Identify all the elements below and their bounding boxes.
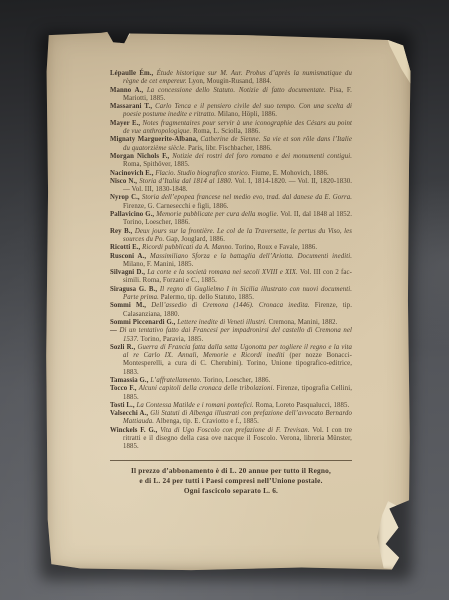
bibliography-entry: Sommi Piccenardi G., Lettere inedite di …	[110, 319, 352, 327]
entry-title: La corte e la società romana nei secoli …	[147, 269, 300, 276]
entry-title: Storia d’Italia dal 1814 al 1880.	[139, 178, 234, 185]
entry-imprint: Torino, Paravia, 1885.	[141, 336, 204, 343]
entry-author: Rusconi A.,	[110, 253, 150, 260]
entry-imprint: Firenze, G. Carnesecchi e figli, 1886.	[123, 203, 229, 210]
entry-title: Deux jours sur la frontière. Le col de l…	[123, 228, 352, 243]
entry-author: Nisco N.,	[110, 178, 139, 185]
bibliography-entry: Morgan Nichols F., Notizie dei rostri de…	[110, 153, 352, 170]
bibliography-list: Lépaulle Ém., Étude historique sur M. Au…	[110, 70, 352, 452]
entry-imprint: Milano, F. Manini, 1885.	[123, 261, 193, 268]
bibliography-entry: Nyrop C., Storia dell’epopea francese ne…	[110, 194, 352, 211]
entry-author: Sommi Piccenardi G.,	[110, 319, 177, 326]
entry-author: Rey B.,	[110, 228, 135, 235]
entry-author: Nyrop C.,	[110, 194, 142, 201]
bibliography-entry: Pallavicino G., Memorie pubblicate per c…	[110, 211, 352, 228]
bibliography-entry: — Di un tentativo fatto dai Francesi per…	[110, 327, 352, 344]
bibliography-entry: Rusconi A., Massimiliano Sforza e la bat…	[110, 253, 352, 270]
entry-imprint: Palermo, tip. dello Statuto, 1885.	[161, 294, 254, 301]
bibliography-entry: Ricotti E., Ricordi pubblicati da A. Man…	[110, 244, 352, 252]
entry-author: Massarani T.,	[110, 103, 155, 110]
bibliography-entry: Winckels F. G., Vita di Ugo Foscolo con …	[110, 427, 352, 452]
entry-author: Sozli R.,	[110, 344, 137, 351]
entry-author: Valsecchi A.,	[110, 410, 150, 417]
bibliography-entry: Tocco F., Alcuni capitoli della cronaca …	[110, 385, 352, 402]
entry-author: Siragusa G. B.,	[110, 286, 160, 293]
entry-title: Massimiliano Sforza e la battaglia dell’…	[150, 253, 352, 260]
entry-imprint: Milano, Höpli, 1886.	[218, 111, 277, 118]
entry-author: Nacinovich E.,	[110, 170, 155, 177]
bibliography-entry: Tosti L., La Contessa Matilde e i romani…	[110, 402, 352, 410]
entry-imprint: Cremona, Manini, 1882.	[269, 319, 338, 326]
entry-author: Tamassia G.,	[110, 377, 150, 384]
entry-title: La Contessa Matilde e i romani pontefici…	[136, 402, 255, 409]
entry-imprint: Lyon, Mougin-Rusand, 1884.	[189, 78, 272, 85]
subscription-notice: Il prezzo d’abbonamento è di L. 20 annue…	[110, 466, 352, 495]
entry-title: Notizie dei rostri del foro romano e dei…	[172, 153, 352, 160]
entry-author: Tocco F.,	[110, 385, 139, 392]
entry-author: Sommi M.,	[110, 302, 151, 309]
bibliography-entry: Massarani T., Carlo Tenca e il pensiero …	[110, 103, 352, 120]
entry-imprint: Albenga, tip. E. Craviotto e f., 1885.	[156, 418, 259, 425]
entry-title: La concessione dello Statuto. Notizie di…	[147, 87, 330, 94]
entry-title: Memorie pubblicate per cura della moglie…	[156, 211, 280, 218]
bibliography-entry: Lépaulle Ém., Étude historique sur M. Au…	[110, 70, 352, 87]
entry-author: Morgan Nichols F.,	[110, 153, 172, 160]
entry-title: L’affratellamento.	[150, 377, 203, 384]
entry-author: Mayer E.,	[110, 120, 143, 127]
notice-line-2: e di L. 24 per tutti i Paesi compresi ne…	[110, 476, 352, 486]
photo-background: Lépaulle Ém., Étude historique sur M. Au…	[0, 0, 449, 600]
entry-author: Ricotti E.,	[110, 244, 142, 251]
entry-title: Lettere inedite di Veneti illustri.	[177, 319, 268, 326]
entry-imprint: Fiume, E. Mohovich, 1886.	[251, 170, 328, 177]
entry-title: Dell’assedio di Cremona (1446). Cronaca …	[151, 302, 315, 309]
entry-title: Vita di Ugo Foscolo con prefazione di F.…	[160, 427, 312, 434]
notice-line-1: Il prezzo d’abbonamento è di L. 20 annue…	[110, 466, 352, 476]
entry-imprint: Paris, libr. Fischbacher, 1886.	[188, 145, 272, 152]
entry-author: Mignaty Marguerite-Albana,	[110, 136, 200, 143]
bibliography-entry: Sommi M., Dell’assedio di Cremona (1446)…	[110, 302, 352, 319]
divider-rule	[110, 460, 352, 461]
entry-imprint: Torino, Roux e Favale, 1886.	[235, 244, 317, 251]
entry-author: Lépaulle Ém.,	[110, 70, 157, 77]
bibliography-entry: Mayer E., Notes fragmentaires pour servi…	[110, 120, 352, 137]
notice-line-3: Ogni fascicolo separato L. 6.	[110, 486, 352, 496]
entry-author: Pallavicino G.,	[110, 211, 156, 218]
entry-title: Flacio. Studio biografico storico.	[155, 170, 251, 177]
bibliography-entry: Rey B., Deux jours sur la frontière. Le …	[110, 228, 352, 245]
bibliography-entry: Nisco N., Storia d’Italia dal 1814 al 18…	[110, 178, 352, 195]
entry-title: Alcuni capitoli della cronaca delle trib…	[139, 385, 277, 392]
bibliography-entry: Manno A., La concessione dello Statuto. …	[110, 87, 352, 104]
entry-author: Silvagni D.,	[110, 269, 147, 276]
bibliography-entry: Nacinovich E., Flacio. Studio biografico…	[110, 170, 352, 178]
entry-imprint: Gap, Jouglard, 1886.	[166, 236, 225, 243]
entry-imprint: Torino, Loescher, 1886.	[203, 377, 270, 384]
bibliography-entry: Valsecchi A., Gli Statuti di Albenga ill…	[110, 410, 352, 427]
entry-author: Winckels F. G.,	[110, 427, 160, 434]
bibliography-entry: Silvagni D., La corte e la società roman…	[110, 269, 352, 286]
bibliography-entry: Sozli R., Guerra di Francia fatta dalla …	[110, 344, 352, 377]
bibliography-entry: Tamassia G., L’affratellamento. Torino, …	[110, 377, 352, 385]
entry-author: Tosti L.,	[110, 402, 136, 409]
book-page: Lépaulle Ém., Étude historique sur M. Au…	[44, 28, 412, 574]
entry-imprint: Roma, L. Sciolla, 1886.	[193, 128, 260, 135]
entry-title: Ricordi pubblicati da A. Manno.	[142, 244, 235, 251]
entry-author: Manno A.,	[110, 87, 147, 94]
entry-imprint: Roma, Loreto Pasqualucci, 1885.	[256, 402, 350, 409]
bibliography-entry: Mignaty Marguerite-Albana, Catherine de …	[110, 136, 352, 153]
bibliography-entry: Siragusa G. B., Il regno di Guglielmo I …	[110, 286, 352, 303]
entry-imprint: Roma, Spithöver, 1885.	[123, 161, 190, 168]
entry-title: Storia dell’epopea francese nel medio ev…	[142, 194, 352, 201]
